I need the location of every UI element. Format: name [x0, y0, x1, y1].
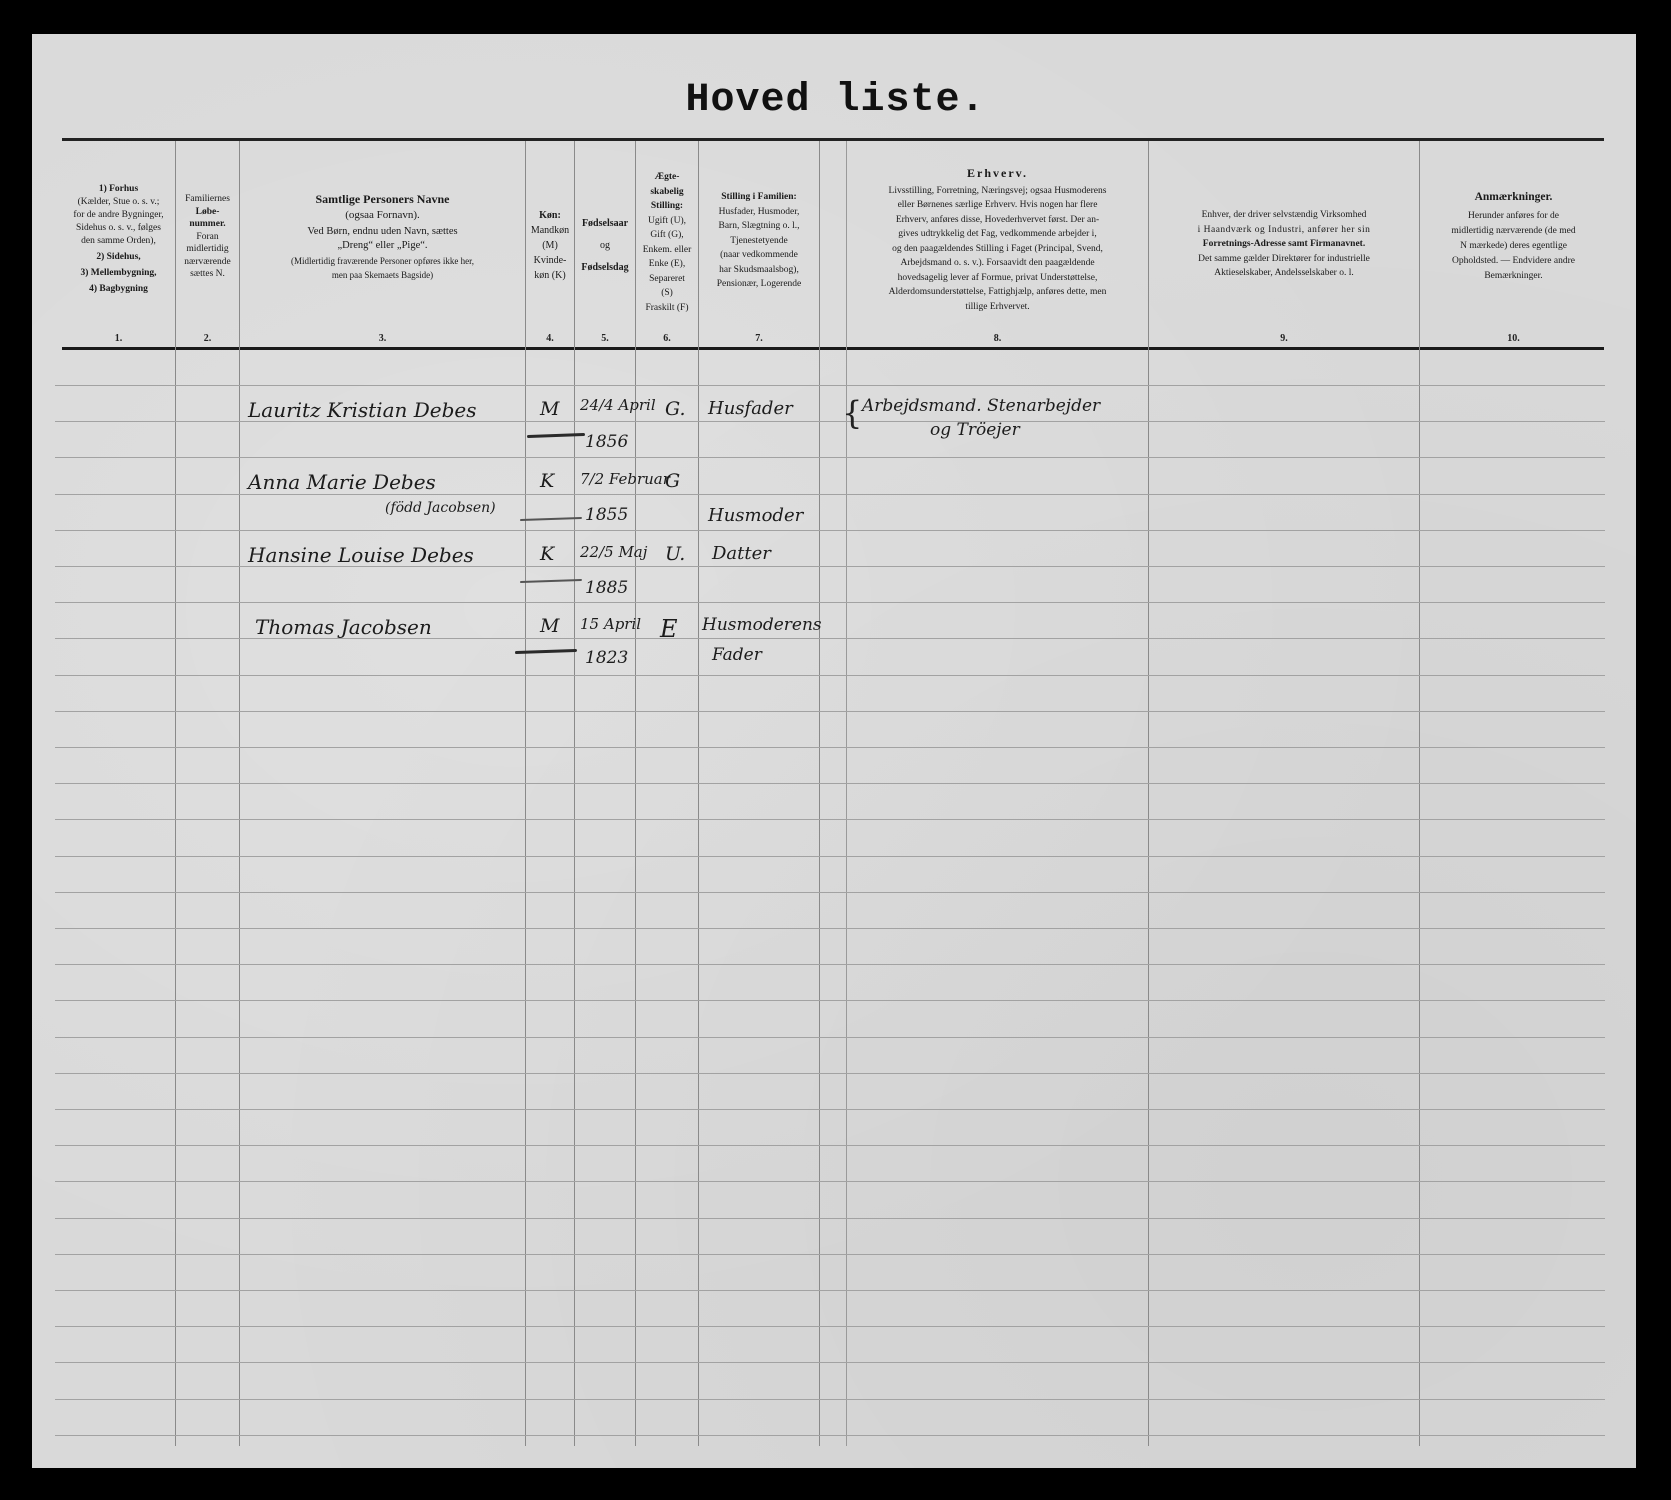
row-rule	[55, 892, 1605, 893]
header-line: 1) Forhus	[62, 183, 175, 196]
column-1-header: 1) Forhus (Kælder, Stue o. s. v.; for de…	[62, 183, 175, 296]
row-rule	[55, 928, 1605, 929]
column-number: 10.	[1420, 333, 1607, 344]
header-line: „Dreng“ eller „Pige“.	[240, 239, 525, 253]
header-line: Erhverv.	[847, 166, 1148, 181]
column-6-header: Ægte- skabelig Stilling: Ugift (U), Gift…	[636, 170, 698, 315]
entry-sex: M	[540, 615, 559, 637]
header-line: 4) Bagbygning	[62, 283, 175, 296]
header-line: Separeret	[636, 272, 698, 287]
column-9-header: Enhver, der driver selvstændig Virksomhe…	[1149, 208, 1419, 281]
column-7-header: Stilling i Familien: Husfader, Husmoder,…	[699, 190, 819, 292]
column-number: 6.	[636, 333, 698, 344]
entry-marital-status: U.	[665, 543, 685, 565]
header-line: midlertidig nærværende (de med	[1420, 224, 1607, 239]
row-rule	[55, 964, 1605, 965]
row-rule	[55, 1218, 1605, 1219]
row-rule	[55, 457, 1605, 458]
header-line: eller Børnenes særlige Erhverv. Hvis nog…	[847, 198, 1148, 213]
row-rule	[55, 675, 1605, 676]
row-rule	[55, 1037, 1605, 1038]
header-line: Fraskilt (F)	[636, 301, 698, 316]
header-bottom-rule	[62, 347, 1604, 350]
header-line: Erhverv, anføres disse, Hovederhvervet f…	[847, 213, 1148, 228]
header-line: Livsstilling, Forretning, Næringsvej; og…	[847, 184, 1148, 199]
header-line: midlertidig	[176, 243, 239, 256]
header-line: sættes N.	[176, 268, 239, 281]
header-line: Anmærkninger.	[1420, 190, 1607, 205]
header-line: Sidehus o. s. v., følges	[62, 222, 175, 235]
header-line: har Skudsmaalsbog),	[699, 263, 819, 278]
entry-family-position: Husfader	[708, 398, 793, 419]
row-rule	[55, 1362, 1605, 1363]
header-line: (Kælder, Stue o. s. v.;	[62, 196, 175, 209]
entry-birth-year: 1823	[585, 648, 628, 668]
header-line: Forretnings-Adresse samt Firmanavnet.	[1149, 237, 1419, 252]
header-line: Aktieselskaber, Andelsselskaber o. l.	[1149, 266, 1419, 281]
row-rule	[55, 602, 1605, 603]
header-line: Kvinde-	[526, 253, 574, 268]
entry-marital-status: G	[665, 470, 680, 492]
header-line: men paa Skemaets Bagside)	[240, 269, 525, 283]
entry-sex: K	[540, 470, 554, 492]
entry-marital-status: E	[660, 615, 678, 643]
row-rule	[55, 819, 1605, 820]
entry-sex: M	[540, 398, 559, 420]
header-line: Køn:	[526, 208, 574, 223]
header-line: (M)	[526, 238, 574, 253]
entry-birth-day: 22/5 Maj	[580, 543, 647, 561]
header-line: nærværende	[176, 256, 239, 269]
header-line: Ægte-	[636, 170, 698, 185]
entry-birth-year: 1855	[585, 505, 628, 525]
entry-name: Thomas Jacobsen	[255, 615, 432, 639]
entry-family-position: Husmoder	[708, 505, 803, 526]
row-rule	[55, 711, 1605, 712]
header-line: nummer.	[176, 218, 239, 231]
entry-birth-day: 24/4 April	[580, 396, 656, 414]
row-rule	[55, 1145, 1605, 1146]
entry-name-note: (född Jacobsen)	[385, 500, 496, 516]
header-line: Herunder anføres for de	[1420, 209, 1607, 224]
row-rule	[55, 385, 1605, 386]
page-title: Hoved liste.	[0, 78, 1671, 123]
header-line: Foran	[176, 231, 239, 244]
header-line: Enhver, der driver selvstændig Virksomhe…	[1149, 208, 1419, 223]
column-2-header: Familiernes Løbe- nummer. Foran midlerti…	[176, 193, 239, 281]
column-number: 1.	[62, 333, 175, 344]
header-line: Gift (G),	[636, 228, 698, 243]
header-line: Alderdomsunderstøttelse, Fattighjælp, an…	[847, 285, 1148, 300]
header-line: Husfader, Husmoder,	[699, 205, 819, 220]
header-line: Arbejdsmand o. s. v.). Forsaavidt den pa…	[847, 256, 1148, 271]
header-line: Opholdsted. — Endvidere andre	[1420, 254, 1607, 269]
header-line: Enke (E),	[636, 257, 698, 272]
header-line: køn (K)	[526, 268, 574, 283]
row-rule	[55, 530, 1605, 531]
header-line: Tjenestetyende	[699, 234, 819, 249]
header-line: Løbe-	[176, 206, 239, 219]
entry-occupation-line: og Tröejer	[930, 420, 1020, 440]
header-line: 2) Sidehus,	[62, 251, 175, 264]
header-line: Stilling:	[636, 199, 698, 214]
row-rule	[55, 1000, 1605, 1001]
header-line: hovedsagelig lever af Formue, privat Und…	[847, 271, 1148, 286]
header-line: gives udtrykkelig det Fag, vedkommende a…	[847, 227, 1148, 242]
column-number: 7.	[699, 333, 819, 344]
row-rule	[55, 783, 1605, 784]
row-rule	[55, 1109, 1605, 1110]
brace-icon: {	[842, 397, 862, 429]
header-top-rule	[62, 138, 1604, 141]
row-rule	[55, 1326, 1605, 1327]
header-line: den samme Orden),	[62, 235, 175, 248]
row-rule	[55, 1254, 1605, 1255]
header-line: N mærkede) deres egentlige	[1420, 239, 1607, 254]
header-line: (ogsaa Fornavn).	[240, 209, 525, 223]
entry-family-position: Datter	[712, 543, 771, 564]
header-line: (S)	[636, 286, 698, 301]
row-rule	[55, 856, 1605, 857]
header-line: (naar vedkommende	[699, 248, 819, 263]
header-line: 3) Mellembygning,	[62, 267, 175, 280]
row-rule	[55, 747, 1605, 748]
header-line: Barn, Slægtning o. l.,	[699, 219, 819, 234]
entry-family-position: Fader	[712, 645, 762, 665]
column-number: 2.	[176, 333, 239, 344]
entry-sex: K	[540, 543, 554, 565]
column-3-header: Samtlige Personers Navne (ogsaa Fornavn)…	[240, 193, 525, 282]
column-4-header: Køn: Mandkøn (M) Kvinde- køn (K)	[526, 208, 574, 283]
row-rule	[55, 1290, 1605, 1291]
header-line: Fødselsaar	[575, 213, 635, 235]
header-line: Pensionær, Logerende	[699, 277, 819, 292]
header-line: og	[575, 235, 635, 257]
entry-family-position: Husmoderens	[702, 615, 822, 635]
column-number: 5.	[575, 333, 635, 344]
column-5-header: Fødselsaar og Fødselsdag	[575, 213, 635, 279]
entry-name: Anna Marie Debes	[248, 470, 436, 494]
row-rule	[55, 1435, 1605, 1436]
header-line: Enkem. eller	[636, 243, 698, 258]
column-number: 4.	[526, 333, 574, 344]
header-line: Ved Børn, endnu uden Navn, sættes	[240, 225, 525, 239]
entry-birth-day: 7/2 Februar	[580, 470, 670, 488]
column-divider	[819, 141, 820, 1446]
header-line: Familiernes	[176, 193, 239, 206]
column-8-header: Erhverv. Livsstilling, Forretning, Nærin…	[847, 166, 1148, 314]
entry-birth-day: 15 April	[580, 615, 641, 633]
header-line: Stilling i Familien:	[699, 190, 819, 205]
header-line: Bemærkninger.	[1420, 269, 1607, 284]
row-rule	[55, 1181, 1605, 1182]
header-line: Ugift (U),	[636, 214, 698, 229]
header-line: Samtlige Personers Navne	[240, 193, 525, 207]
header-line: tillige Erhvervet.	[847, 300, 1148, 315]
header-line: i Haandværk og Industri, anfører her sin	[1149, 223, 1419, 238]
column-number: 8.	[847, 333, 1148, 344]
header-line: for de andre Bygninger,	[62, 209, 175, 222]
header-line: Fødselsdag	[575, 257, 635, 279]
entry-occupation-line: Arbejdsmand. Stenarbejder	[862, 396, 1100, 416]
entry-birth-year: 1885	[585, 578, 628, 598]
row-rule	[55, 1399, 1605, 1400]
row-rule	[55, 494, 1605, 495]
column-number: 3.	[240, 333, 525, 344]
entry-birth-year: 1856	[585, 432, 628, 452]
row-rule	[55, 1073, 1605, 1074]
header-line: Det samme gælder Direktører for industri…	[1149, 252, 1419, 267]
header-line: (Midlertidig fraværende Personer opføres…	[240, 255, 525, 269]
header-line: og den paagældendes Stilling i Faget (Pr…	[847, 242, 1148, 257]
header-line: Mandkøn	[526, 223, 574, 238]
entry-name: Hansine Louise Debes	[248, 543, 474, 567]
entry-marital-status: G.	[665, 398, 686, 420]
column-number: 9.	[1149, 333, 1419, 344]
column-10-header: Anmærkninger. Herunder anføres for de mi…	[1420, 190, 1607, 284]
entry-name: Lauritz Kristian Debes	[248, 398, 477, 422]
header-line: skabelig	[636, 185, 698, 200]
